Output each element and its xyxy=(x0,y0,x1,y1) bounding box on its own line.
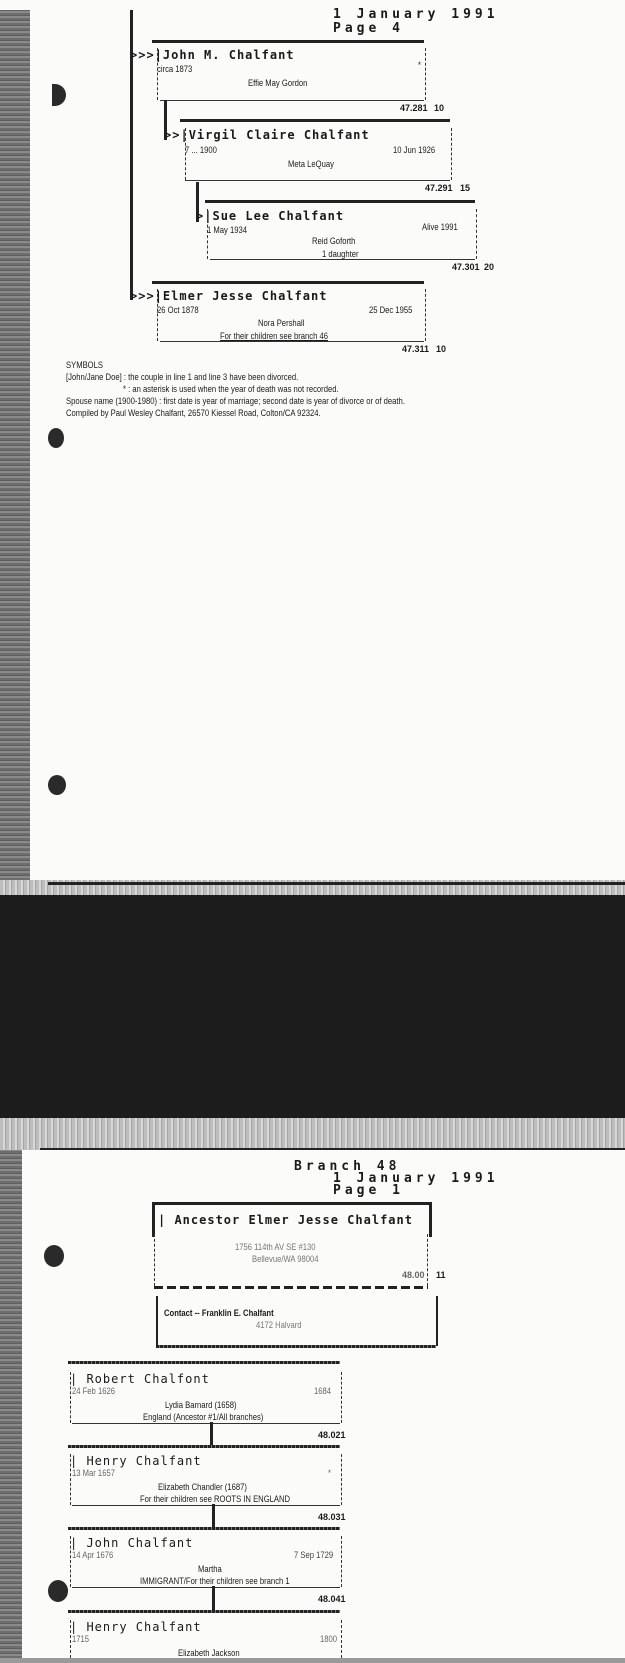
binder-hole-icon xyxy=(44,1245,64,1267)
scanned-page-1: Branch 48 1 January 1991 Page 1 | Ancest… xyxy=(0,1150,625,1663)
entry-code: 47.311 xyxy=(402,344,429,354)
entry-box xyxy=(207,209,477,259)
scanned-page-4: 1 January 1991 Page 4 >>>|John M. Chalfa… xyxy=(0,0,625,885)
entry-count: 10 xyxy=(436,344,446,354)
entry-bottom-line xyxy=(185,180,450,181)
tree-branch-line xyxy=(212,1586,215,1612)
entry-bottom-line xyxy=(72,1587,340,1588)
page-date: 1 January 1991 xyxy=(333,7,499,22)
ancestor-dashed-rule xyxy=(154,1286,428,1289)
binder-hole-icon xyxy=(48,1580,68,1602)
entry-top-rule xyxy=(180,119,450,122)
binder-hole-icon xyxy=(48,775,66,795)
symbols-line: [John/Jane Doe] : the couple in line 1 a… xyxy=(66,372,298,382)
entry-count: 10 xyxy=(434,103,444,113)
entry-box xyxy=(70,1454,342,1505)
entry-top-rule xyxy=(68,1527,340,1530)
page-edge-shadow xyxy=(0,1150,22,1663)
entry-top-rule xyxy=(205,200,475,203)
entry-bottom-line xyxy=(160,341,424,342)
page-edge-shadow xyxy=(0,10,30,880)
entry-code: 48.041 xyxy=(318,1594,346,1604)
ancestor-count: 11 xyxy=(436,1270,446,1280)
scanner-gap-band xyxy=(0,895,625,1120)
ancestor-address-1: 1756 114th AV SE #130 xyxy=(235,1242,316,1252)
entry-count: 15 xyxy=(460,183,470,193)
entry-top-rule xyxy=(68,1610,340,1613)
entry-count: 20 xyxy=(484,262,494,272)
entry-code: 47.281 xyxy=(400,103,428,113)
entry-bottom-line xyxy=(72,1505,340,1506)
entry-code: 47.291 xyxy=(425,183,453,193)
entry-bottom-line xyxy=(210,259,475,260)
entry-top-rule xyxy=(152,281,424,284)
ancestor-title: | Ancestor Elmer Jesse Chalfant xyxy=(158,1213,413,1227)
entry-box xyxy=(157,48,426,100)
symbols-line: Compiled by Paul Wesley Chalfant, 26570 … xyxy=(66,408,321,418)
contact-address-1: 4172 Halvard xyxy=(256,1320,302,1330)
entry-box xyxy=(70,1372,342,1423)
symbols-line: * : an asterisk is used when the year of… xyxy=(123,384,339,394)
entry-bottom-line xyxy=(72,1423,340,1424)
scan-border-rule xyxy=(48,882,625,885)
entry-box xyxy=(185,128,452,180)
contact-title: Contact -- Franklin E. Chalfant xyxy=(164,1308,274,1318)
binder-hole-icon xyxy=(52,84,66,106)
symbols-line: Spouse name (1900-1980) : first date is … xyxy=(66,396,405,406)
entry-code: 47.301 xyxy=(452,262,480,272)
binder-hole-icon xyxy=(48,428,64,448)
ancestor-address-2: Bellevue/WA 98004 xyxy=(252,1254,318,1264)
entry-top-rule xyxy=(152,40,424,43)
page-number: Page 4 xyxy=(333,21,404,36)
page-bottom-edge xyxy=(0,1658,625,1663)
page-number: Page 1 xyxy=(333,1183,404,1198)
entry-code: 48.021 xyxy=(318,1430,346,1440)
entry-box xyxy=(70,1536,342,1587)
entry-box xyxy=(157,289,426,341)
entry-box xyxy=(70,1620,342,1663)
ancestor-code: 48.00 xyxy=(402,1270,425,1280)
entry-top-rule xyxy=(68,1445,340,1448)
entry-code: 48.031 xyxy=(318,1512,346,1522)
scan-border-strip xyxy=(0,1118,625,1150)
contact-bottom-rule xyxy=(156,1345,436,1348)
entry-bottom-line xyxy=(160,100,424,101)
entry-top-rule xyxy=(68,1361,340,1364)
symbols-heading: SYMBOLS xyxy=(66,360,103,370)
